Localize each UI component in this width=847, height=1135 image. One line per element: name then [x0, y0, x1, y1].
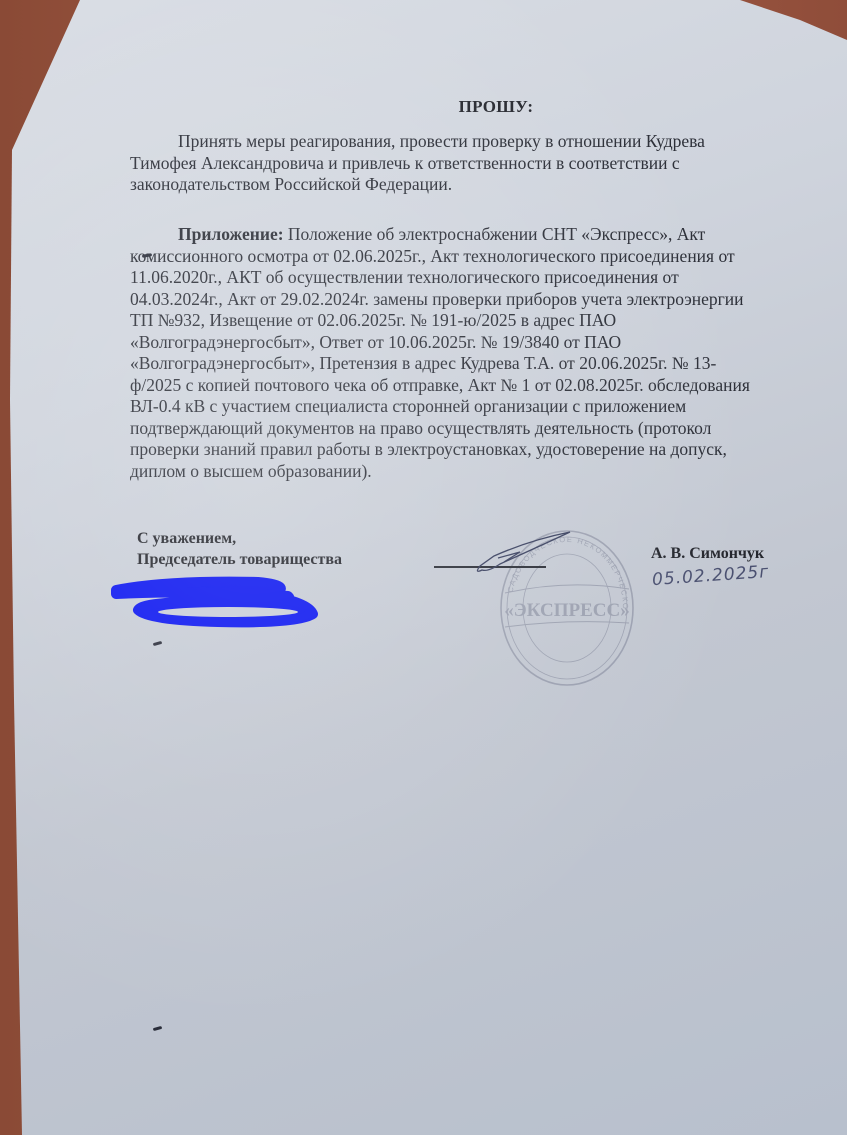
request-line: законодательством Российской Федерации.: [130, 174, 777, 196]
appendix-line: подтверждающий документов на право осуще…: [130, 418, 798, 440]
appendix-line: 11.06.2020г., АКТ об осуществлении техно…: [130, 267, 798, 289]
closing-block: С уважением, Председатель товарищества: [137, 528, 342, 570]
appendix-line: диплом о высшем образовании).: [130, 461, 798, 483]
regards-text: С уважением,: [137, 528, 342, 549]
appendix-line: ТП №932, Извещение от 02.06.2025г. № 191…: [130, 310, 798, 332]
appendix-line: «Волгоградэнергосбыт», Ответ от 10.06.20…: [130, 332, 798, 354]
request-line: Тимофея Александровича и привлечь к отве…: [130, 153, 777, 175]
appendix-line: комиссионного осмотра от 02.06.2025г., А…: [130, 246, 798, 268]
request-line: Принять меры реагирования, провести пров…: [130, 131, 777, 153]
redaction-scribble: [108, 572, 323, 632]
appendix-paragraph: Приложение: Положение об электроснабжени…: [130, 224, 798, 482]
signer-name: А. В. Симончук: [651, 545, 764, 563]
position-text: Председатель товарищества: [137, 549, 342, 570]
appendix-line: проверки знаний правил работы в электроу…: [130, 439, 798, 461]
handwritten-signature: [470, 530, 580, 575]
appendix-line: ф/2025 с копией почтового чека об отправ…: [130, 375, 798, 397]
appendix-line: 04.03.2024г., Акт от 29.02.2024г. замены…: [130, 289, 798, 311]
appendix-line: «Волгоградэнергосбыт», Претензия в адрес…: [130, 353, 798, 375]
pen-mark: [153, 641, 162, 646]
request-paragraph: Принять меры реагирования, провести пров…: [130, 131, 777, 196]
page-title: ПРОШУ:: [0, 97, 847, 117]
pen-mark: [153, 1026, 162, 1031]
handwritten-date: 05.02.2025г: [651, 562, 769, 590]
paper-sheet: ПРОШУ: Принять меры реагирования, провес…: [0, 0, 847, 1135]
appendix-line: Приложение: Положение об электроснабжени…: [130, 224, 798, 246]
appendix-line: ВЛ-0.4 кВ с участием специалиста сторонн…: [130, 396, 798, 418]
appendix-label: Приложение:: [178, 224, 284, 244]
stamp-center-text: «ЭКСПРЕСС»: [504, 600, 629, 621]
